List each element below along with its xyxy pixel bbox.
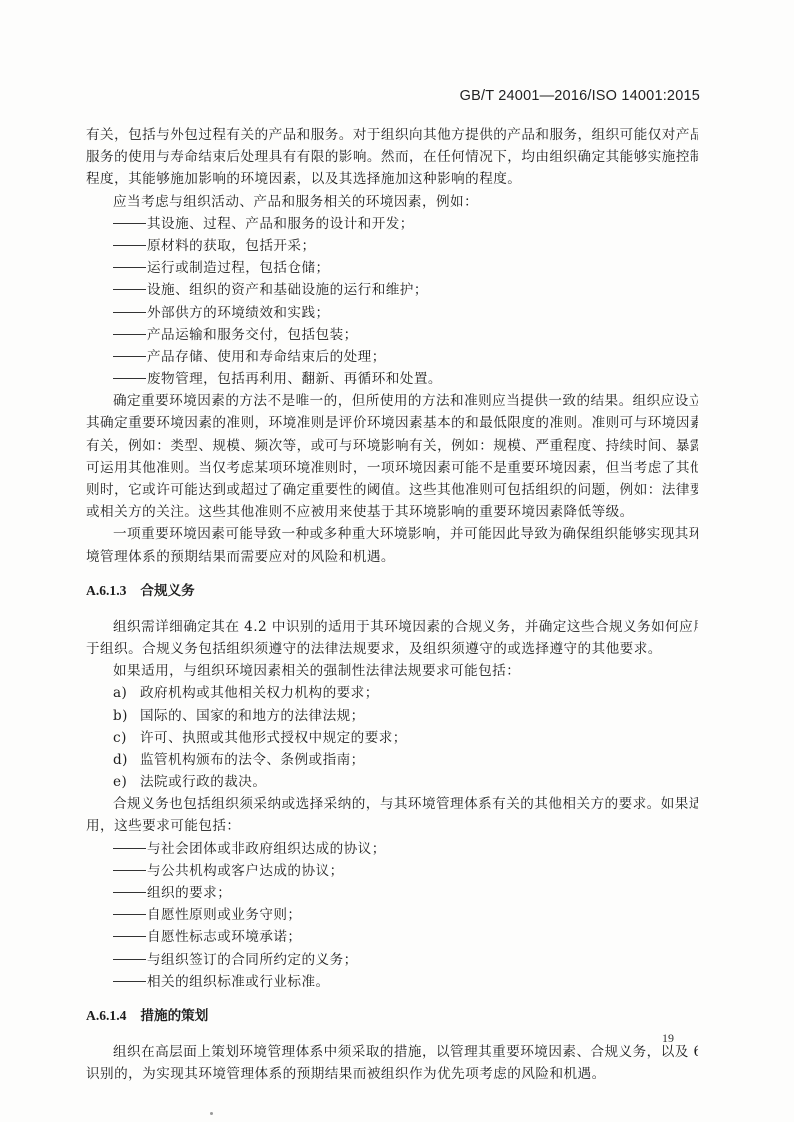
paragraph-line: 确定重要环境因素的方法不是唯一的，但所使用的方法和准则应当提供一致的结果。组织应… bbox=[86, 390, 698, 412]
list-item-text: 外部供方的环境绩效和实践； bbox=[147, 305, 330, 321]
dash-list-item: 与组织签订的合同所约定的义务； bbox=[86, 949, 698, 971]
document-body: 有关，包括与外包过程有关的产品和服务。对于组织向其他方提供的产品和服务，组织可能… bbox=[86, 124, 698, 1085]
list-item-text: 其设施、过程、产品和服务的设计和开发； bbox=[147, 216, 414, 232]
em-dash-icon bbox=[113, 267, 146, 268]
list-item-text: 运行或制造过程，包括仓储； bbox=[147, 260, 330, 276]
dash-list-item: 其设施、过程、产品和服务的设计和开发； bbox=[86, 213, 698, 235]
dash-list-item: 与社会团体或非政府组织达成的协议； bbox=[86, 838, 698, 860]
list-intro: 如果适用，与组织环境因素相关的强制性法律法规要求可能包括： bbox=[86, 660, 698, 682]
em-dash-icon bbox=[113, 848, 146, 849]
section-title: 合规义务 bbox=[140, 583, 194, 598]
item-text: 许可、执照或其他形式授权中规定的要求； bbox=[140, 730, 407, 746]
paragraph-line: 识别的，为实现其环境管理体系的预期结果而被组织作为优先项考虑的风险和机遇。 bbox=[86, 1063, 698, 1085]
em-dash-icon bbox=[113, 245, 146, 246]
em-dash-icon bbox=[113, 959, 146, 960]
em-dash-icon bbox=[113, 981, 146, 982]
em-dash-icon bbox=[113, 223, 146, 224]
paragraph-line: 其确定重要环境因素的准则，环境准则是评价环境因素基本的和最低限度的准则。准则可与… bbox=[86, 412, 698, 434]
list-item-text: 自愿性原则或业务守则； bbox=[147, 907, 301, 923]
paragraph-line: 有关，例如：类型、规模、频次等，或可与环境影响有关，例如：规模、严重程度、持续时… bbox=[86, 435, 698, 457]
page-number: 19 bbox=[662, 1031, 674, 1046]
paragraph-line: 于组织。合规义务包括组织须遵守的法律法规要求，及组织须遵守的或选择遵守的其他要求… bbox=[86, 638, 698, 660]
paragraph-line: 则时，它或许可能达到或超过了确定重要性的阈值。这些其他准则可包括组织的问题，例如… bbox=[86, 479, 698, 501]
section-number: A.6.1.4 bbox=[86, 1008, 126, 1023]
dash-list-item: 自愿性标志或环境承诺； bbox=[86, 926, 698, 948]
paragraph-line: 可运用其他准则。当仅考虑某项环境准则时，一项环境因素可能不是重要环境因素，但当考… bbox=[86, 457, 698, 479]
list-item-text: 原材料的获取，包括开采； bbox=[147, 238, 316, 254]
paragraph-line: 或相关方的关注。这些其他准则不应被用来使基于其环境影响的重要环境因素降低等级。 bbox=[86, 501, 698, 523]
item-label: a) bbox=[113, 682, 140, 704]
list-item-text: 产品运输和服务交付，包括包装； bbox=[147, 327, 358, 343]
em-dash-icon bbox=[113, 914, 146, 915]
item-text: 法院或行政的裁决。 bbox=[140, 774, 266, 790]
list-item-text: 相关的组织标准或行业标准。 bbox=[147, 974, 330, 990]
em-dash-icon bbox=[113, 870, 146, 871]
item-text: 国际的、国家的和地方的法律法规； bbox=[140, 708, 365, 724]
item-label: e) bbox=[113, 771, 140, 793]
dash-list-item: 与公共机构或客户达成的协议； bbox=[86, 860, 698, 882]
paragraph-line: 组织需详细确定其在 4.2 中识别的适用于其环境因素的合规义务，并确定这些合规义… bbox=[86, 616, 698, 638]
paragraph-line: 有关，包括与外包过程有关的产品和服务。对于组织向其他方提供的产品和服务，组织可能… bbox=[86, 124, 698, 146]
em-dash-icon bbox=[113, 378, 146, 379]
paragraph-line: 境管理体系的预期结果而需要应对的风险和机遇。 bbox=[86, 546, 698, 568]
em-dash-icon bbox=[113, 334, 146, 335]
dash-list-item: 外部供方的环境绩效和实践； bbox=[86, 302, 698, 324]
dash-list-item: 运行或制造过程，包括仓储； bbox=[86, 257, 698, 279]
paragraph-line: 程度，其能够施加影响的环境因素，以及其选择施加这种影响的程度。 bbox=[86, 168, 698, 190]
dash-list-item: 产品存储、使用和寿命结束后的处理； bbox=[86, 346, 698, 368]
lettered-list-item: a)政府机构或其他相关权力机构的要求； bbox=[86, 682, 698, 704]
item-label: d) bbox=[113, 749, 140, 771]
scan-speck bbox=[210, 1112, 213, 1115]
item-label: b) bbox=[113, 705, 140, 727]
lettered-list-item: d)监管机构颁布的法令、条例或指南； bbox=[86, 749, 698, 771]
paragraph-line: 服务的使用与寿命结束后处理具有有限的影响。然而，在任何情况下，均由组织确定其能够… bbox=[86, 146, 698, 168]
lettered-list-item: c)许可、执照或其他形式授权中规定的要求； bbox=[86, 727, 698, 749]
item-text: 监管机构颁布的法令、条例或指南； bbox=[140, 752, 365, 768]
em-dash-icon bbox=[113, 356, 146, 357]
lettered-list-item: b)国际的、国家的和地方的法律法规； bbox=[86, 705, 698, 727]
list-item-text: 与社会团体或非政府组织达成的协议； bbox=[147, 841, 386, 857]
dash-list-item: 组织的要求； bbox=[86, 882, 698, 904]
em-dash-icon bbox=[113, 936, 146, 937]
item-text: 政府机构或其他相关权力机构的要求； bbox=[140, 685, 379, 701]
dash-list-item: 相关的组织标准或行业标准。 bbox=[86, 971, 698, 993]
paragraph-line: 组织在高层面上策划环境管理体系中须采取的措施，以管理其重要环境因素、合规义务，以… bbox=[86, 1041, 698, 1063]
paragraph-line: 一项重要环境因素可能导致一种或多种重大环境影响，并可能因此导致为确保组织能够实现… bbox=[86, 523, 698, 545]
em-dash-icon bbox=[113, 312, 146, 313]
list-intro: 应当考虑与组织活动、产品和服务相关的环境因素，例如： bbox=[86, 191, 698, 213]
list-item-text: 废物管理，包括再利用、翻新、再循环和处置。 bbox=[147, 371, 442, 387]
section-heading-a613: A.6.1.3合规义务 bbox=[86, 580, 698, 602]
em-dash-icon bbox=[113, 892, 146, 893]
list-item-text: 与公共机构或客户达成的协议； bbox=[147, 863, 344, 879]
dash-list-item: 设施、组织的资产和基础设施的运行和维护； bbox=[86, 279, 698, 301]
paragraph-line: 用，这些要求可能包括： bbox=[86, 815, 698, 837]
paragraph-line: 合规义务也包括组织须采纳或选择采纳的，与其环境管理体系有关的其他相关方的要求。如… bbox=[86, 793, 698, 815]
dash-list-item: 自愿性原则或业务守则； bbox=[86, 904, 698, 926]
section-number: A.6.1.3 bbox=[86, 583, 126, 598]
dash-list-item: 产品运输和服务交付，包括包装； bbox=[86, 324, 698, 346]
section-heading-a614: A.6.1.4措施的策划 bbox=[86, 1005, 698, 1027]
dash-list-item: 原材料的获取，包括开采； bbox=[86, 235, 698, 257]
list-item-text: 自愿性标志或环境承诺； bbox=[147, 929, 301, 945]
list-item-text: 与组织签订的合同所约定的义务； bbox=[147, 952, 358, 968]
standard-header: GB/T 24001—2016/ISO 14001:2015 bbox=[460, 88, 700, 104]
section-title: 措施的策划 bbox=[140, 1008, 208, 1023]
item-label: c) bbox=[113, 727, 140, 749]
lettered-list-item: e)法院或行政的裁决。 bbox=[86, 771, 698, 793]
list-item-text: 产品存储、使用和寿命结束后的处理； bbox=[147, 349, 386, 365]
em-dash-icon bbox=[113, 289, 146, 290]
list-item-text: 设施、组织的资产和基础设施的运行和维护； bbox=[147, 282, 428, 298]
list-item-text: 组织的要求； bbox=[147, 885, 231, 901]
dash-list-item: 废物管理，包括再利用、翻新、再循环和处置。 bbox=[86, 368, 698, 390]
